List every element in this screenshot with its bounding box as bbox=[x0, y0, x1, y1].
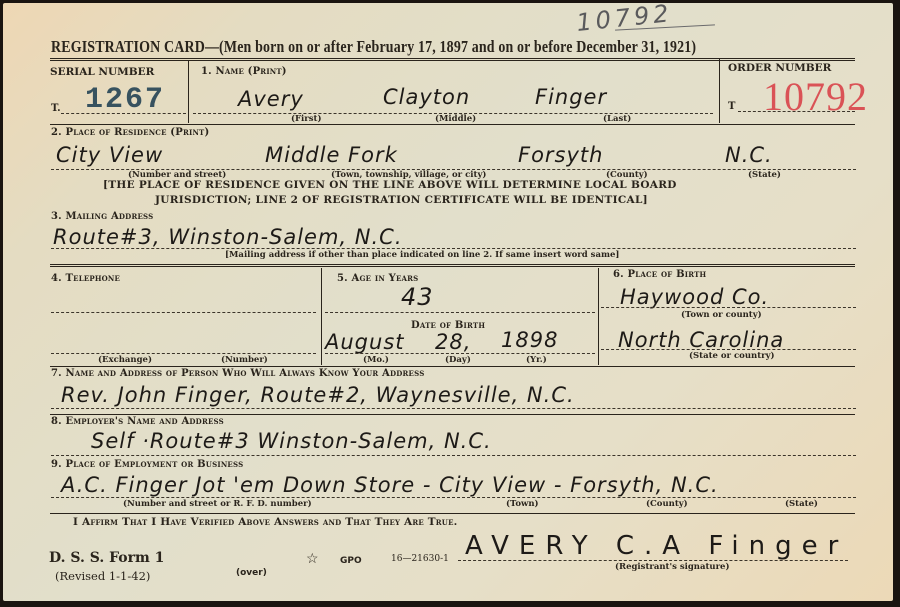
dob-month: August bbox=[325, 330, 405, 354]
caption-state-country: (State or country) bbox=[689, 351, 775, 361]
caption-state: (State) bbox=[748, 170, 781, 180]
rule bbox=[50, 414, 855, 415]
registrant-signature: AVERY C.A Finger bbox=[465, 531, 848, 561]
gpo-mark: GPO bbox=[340, 556, 362, 566]
star-icon: ☆ bbox=[306, 551, 319, 567]
employer-dash bbox=[51, 455, 856, 456]
caption-exchange: (Exchange) bbox=[98, 355, 152, 365]
caption-town-county: (Town or county) bbox=[681, 310, 762, 320]
mailing-address-label: 3. Mailing Address bbox=[51, 211, 153, 222]
mailing-caption: [Mailing address if other than place ind… bbox=[225, 250, 619, 260]
caption-emp-county: (County) bbox=[646, 499, 688, 509]
caption-number: (Number) bbox=[221, 355, 268, 365]
caption-last: (Last) bbox=[603, 114, 631, 124]
mailing-address-value: Route#3, Winston-Salem, N.C. bbox=[53, 225, 403, 249]
telephone-label: 4. Telephone bbox=[51, 273, 120, 284]
form-revised: (Revised 1-1-42) bbox=[55, 569, 150, 583]
residence-town: Middle Fork bbox=[265, 143, 398, 167]
signature-dash bbox=[458, 560, 848, 561]
affirmation-text: I Affirm That I Have Verified Above Answ… bbox=[73, 516, 458, 528]
caption-middle: (Middle) bbox=[435, 114, 476, 124]
residence-county: Forsyth bbox=[518, 143, 603, 167]
rule-double bbox=[50, 264, 855, 267]
serial-number-label: SERIAL NUMBER bbox=[50, 66, 154, 78]
name-label: 1. Name (Print) bbox=[201, 66, 287, 77]
caption-month: (Mo.) bbox=[363, 355, 389, 365]
telephone-dash-2 bbox=[51, 353, 316, 354]
birthplace-dash-2 bbox=[601, 349, 856, 350]
serial-number-value: 1267 bbox=[85, 83, 165, 117]
pencil-order-note: 10792 bbox=[575, 0, 674, 37]
contact-label: 7. Name and Address of Person Who Will A… bbox=[51, 368, 424, 379]
residence-state: N.C. bbox=[725, 143, 773, 167]
caption-emp-town: (Town) bbox=[506, 499, 539, 509]
rule bbox=[50, 513, 855, 514]
telephone-dash bbox=[51, 312, 316, 313]
rule bbox=[50, 124, 855, 125]
over-note: (over) bbox=[236, 568, 267, 578]
rule bbox=[50, 366, 855, 367]
dob-dash bbox=[325, 353, 595, 354]
card-title: REGISTRATION CARD—(Men born on or after … bbox=[51, 37, 696, 57]
residence-label: 2. Place of Residence (Print) bbox=[51, 127, 209, 138]
residence-street: City View bbox=[56, 143, 163, 167]
employment-value: A.C. Finger Jot 'em Down Store - City Vi… bbox=[61, 473, 719, 497]
caption-year: (Yr.) bbox=[526, 355, 547, 365]
order-number-value: 10792 bbox=[763, 73, 868, 120]
name-first: Avery bbox=[238, 87, 304, 111]
divider bbox=[598, 268, 599, 365]
jurisdiction-notice-1: [THE PLACE OF RESIDENCE GIVEN ON THE LIN… bbox=[103, 179, 677, 191]
signature-caption: (Registrant's signature) bbox=[615, 562, 729, 572]
divider bbox=[719, 59, 720, 123]
dob-day: 28, bbox=[435, 330, 471, 354]
employer-label: 8. Employer's Name and Address bbox=[51, 416, 224, 427]
caption-emp-state: (State) bbox=[785, 499, 818, 509]
serial-prefix: T. bbox=[51, 103, 61, 114]
age-dash bbox=[325, 312, 595, 313]
divider bbox=[321, 268, 322, 365]
birthplace-town: Haywood Co. bbox=[620, 285, 769, 309]
name-middle: Clayton bbox=[383, 85, 470, 109]
jurisdiction-notice-2: JURISDICTION; LINE 2 OF REGISTRATION CER… bbox=[155, 194, 648, 206]
name-last: Finger bbox=[535, 85, 607, 109]
employment-dash bbox=[51, 497, 856, 498]
caption-first: (First) bbox=[291, 114, 322, 124]
form-number: D. S. S. Form 1 bbox=[49, 550, 164, 566]
age-value: 43 bbox=[401, 283, 434, 311]
divider bbox=[188, 61, 189, 123]
registration-card: 10792 REGISTRATION CARD—(Men born on or … bbox=[3, 3, 893, 601]
caption-rfd: (Number and street or R. F. D. number) bbox=[123, 499, 312, 509]
dob-year: 1898 bbox=[501, 328, 558, 352]
rule-top bbox=[50, 58, 855, 61]
contact-value: Rev. John Finger, Route#2, Waynesville, … bbox=[61, 383, 575, 407]
caption-day: (Day) bbox=[445, 355, 471, 365]
employment-label: 9. Place of Employment or Business bbox=[51, 459, 243, 470]
birthplace-dash bbox=[601, 307, 856, 308]
birthplace-label: 6. Place of Birth bbox=[613, 269, 706, 280]
contact-dash bbox=[51, 408, 856, 409]
print-code: 16—21630-1 bbox=[391, 554, 449, 564]
order-prefix: T bbox=[728, 101, 735, 112]
employer-value: Self ·Route#3 Winston-Salem, N.C. bbox=[91, 429, 492, 453]
